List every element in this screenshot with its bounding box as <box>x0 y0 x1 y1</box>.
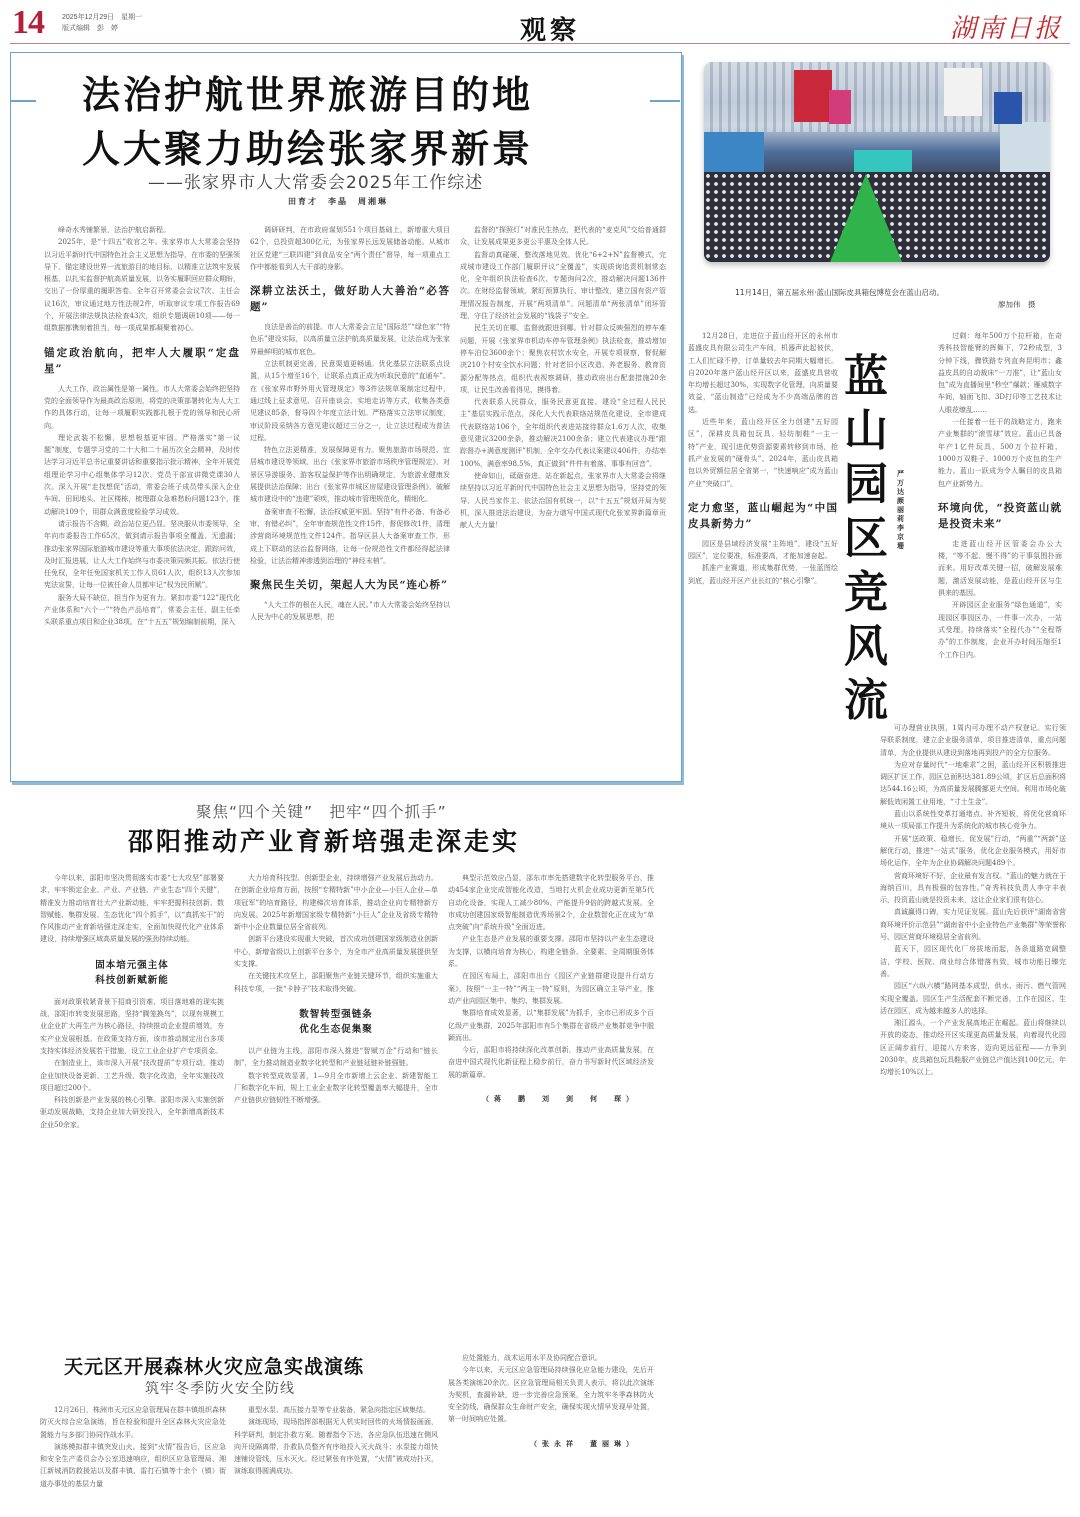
paragraph: 监督动真碰硬，整改落地见效。优化“6+2+N”监督模式，完成城市建设工作部门履职… <box>460 249 666 323</box>
section-subhead: 聚焦民生关切，架起人大为民“连心桥” <box>250 577 450 593</box>
article4-column-2: 重型水泵、高压接力泵等专业装备，紧急向指定区域集结。 演练现场，现场指挥部根据无… <box>234 1404 438 1514</box>
paragraph: 12月28日，走进位于蓝山经开区的永州市蓝盛皮具有限公司生产车间，机器声此起彼伏… <box>688 330 838 416</box>
paragraph: 过剩：每年500万个拉杆箱，在奇秀科技智能臂的挥舞下，72秒成型，3分钟下线，骤… <box>938 330 1062 416</box>
paragraph: 真诚赢得口碑，实力见证发展。蓝山先后获评“湖南省营商环境评价示范县”“湖南省中小… <box>880 906 1066 943</box>
paragraph: 产业生态是产业发展的重要支撑。邵阳市坚持以产业生态建设为支撑，以横向培育为核心，… <box>448 933 654 970</box>
section-subhead: 深耕立法沃土，做好助人大善治“必答题” <box>250 283 450 315</box>
paragraph: 良法是善治的前提。市人大常委会立足“国际范”“绿色家”“特色乐”建设实际，以高质… <box>250 321 450 358</box>
date-line: 2025年12月29日 星期一 <box>62 12 142 23</box>
paragraph: 理论武装不松懈，思想根基更牢固。严格落实“第一议题”制度，专题学习党的二十大和二… <box>44 432 240 518</box>
masthead: 14 2025年12月29日 星期一 版式编辑 彭 婷 观察 湖南日报 <box>10 8 1070 44</box>
paragraph: 集群培育成效显著，以“集群发展”为抓手，全市已形成多个百亿级产业集群，2025年… <box>448 1007 654 1044</box>
paragraph: 走进蓝山经开区管委会办公大楼，“等不起、慢不得”的干事氛围扑面而来。用好改革关键… <box>938 538 1062 599</box>
section-subhead: 环境向优，“投资蓝山就是投资未来” <box>938 500 1062 532</box>
subhead-line: 数智转型强链条 <box>234 1007 438 1022</box>
paragraph: 人大工作，政治属性是第一属性。市人大常委会始终把坚持党的全面领导作为最高政治原则… <box>44 383 240 432</box>
paragraph: 科技创新是产业发展的核心引擎。邵阳市深入实施创新驱动发展战略，支持企业加大研发投… <box>40 1094 224 1131</box>
paragraph: 代表联系人民群众，服务民意更直接。建设“全过程人民民主”基层实践示范点，深化人大… <box>460 396 666 470</box>
paragraph: 备案审查不松懈，法治权威更牢固。坚持“有件必备、有备必审、有错必纠”，全年审查规… <box>250 506 450 567</box>
section-title: 观察 <box>520 10 580 47</box>
paragraph: 今后，邵阳市将持续深化改革创新，推动产业高质量发展，在奋进中国式现代化新征程上稳… <box>448 1044 654 1081</box>
section-subhead: 固本培元强主体 科技创新赋新能 <box>40 958 224 988</box>
photo-banner <box>944 68 982 116</box>
paragraph: 一任接着一任干的战略定力，跑来产业集群的“滚雪球”效应。蓝山已具备年产1亿件玩具… <box>938 416 1062 490</box>
article4-column-3: 应处置能力，战术运用水平及协同配合意识。 今年以来，天元区应急管理局持续强化应急… <box>448 1352 654 1514</box>
article-tianyuan-headline: 天元区开展森林火灾应急实战演练 <box>64 1352 364 1379</box>
article3-column-3: 典型示范效应凸显，邵东市率先搭建数字化转型服务平台，推动454家企业完成智能化改… <box>448 872 654 1322</box>
title-rule-right <box>650 100 680 102</box>
newspaper-logo: 湖南日报 <box>950 8 1062 45</box>
paragraph: 开辟园区企业服务“绿色通道”，实现园区事园区办，一件事一次办，一站式受理。持续落… <box>938 599 1062 660</box>
photo-stage <box>854 150 912 174</box>
paragraph: 营商环境好不好，企业最有发言权。“蓝山的魅力就在于海纳百川，具有极强的包容性。”… <box>880 870 1066 907</box>
article3-column-2: 大力培育科技型、创新型企业，持续增强产业发展后劲动力。在创新企业培育方面，按照“… <box>234 872 438 1322</box>
paragraph: 演练现场，现场指挥部根据无人机实时回传的火场情报画面，科学研判，制定扑救方案。随… <box>234 1416 438 1477</box>
title-rule-left <box>10 100 36 102</box>
paragraph: 创新平台建设实现重大突破，首次成功创建国家级制造业创新中心，新增省级以上创新平台… <box>234 933 438 970</box>
article2-column-3: 可办理营业执照，1周内可办理不动产权登记。实行领导联系制度，建立企业服务清单，项… <box>880 722 1066 1512</box>
paragraph: 可办理营业执照，1周内可办理不动产权登记。实行领导联系制度，建立企业服务清单，项… <box>880 722 1066 759</box>
paragraph: 今年以来，天元区应急管理局持续强化应急能力建设，先后开展各类演练20余次。区应急… <box>448 1364 654 1425</box>
article-tianyuan-subtitle: 筑牢冬季防火安全防线 <box>145 1378 295 1398</box>
article-headline-line1: 法治护航世界旅游目的地 <box>82 64 582 119</box>
editor-line: 版式编辑 彭 婷 <box>62 23 142 34</box>
paragraph: 服务大局不缺位，担当作为更有力。紧扣市委“122”现代化产业体系和“六个一”“特… <box>44 592 240 629</box>
photo-green-runway <box>830 174 902 262</box>
paragraph: 面对政策收紧背景下招商引资难、项目落地难的现实挑战，邵阳市转变发展思路，坚持“腾… <box>40 996 224 1057</box>
expo-photo <box>704 62 1050 262</box>
page-number: 14 <box>12 4 44 42</box>
article-lanshan-headline: 蓝山园区竞风流 <box>842 350 890 728</box>
article-byline: 田育才 李晶 周湘琳 <box>288 196 388 207</box>
paragraph: 特色立法更精准，发展保障更有力。聚焦旅游市场规范、宜居城市建设等领域，出台《张家… <box>250 444 450 505</box>
article1-column-3: 监督的“探照灯”对准民生热点，把代表的“麦克风”交给普通群众，让发展成果更多更公… <box>460 224 666 772</box>
paragraph: 湘江源头，一个产业发展高地正在崛起。蓝山将继续以开放的姿态，推动经开区实现更高质… <box>880 1017 1066 1078</box>
paragraph: 在制造业上，该市深入开展“技改提质”专项行动，推动企业加快设备更新、工艺升级、数… <box>40 1057 224 1094</box>
photo-banner <box>829 90 851 124</box>
section-subhead: 数智转型强链条 优化生态促集聚 <box>234 1007 438 1037</box>
paragraph: 使命如山，砥砺奋进。站在新起点，张家界市人大常委会将继续坚持以习近平新时代中国特… <box>460 470 666 531</box>
paragraph: 蓝天下，园区现代化厂房拔地而起，各条道路宽阔整洁，学校、医院、商业综合体错落有致… <box>880 943 1066 980</box>
article-shaoyang-headline: 邵阳推动产业育新培强走深走实 <box>128 822 520 858</box>
article-subtitle: ——张家界市人大常委会2025年工作综述 <box>148 168 483 193</box>
photo-credit: 廖加伟 摄 <box>998 299 1036 310</box>
article-shaoyang-kicker: 聚焦“四个关键” 把牢“四个抓手” <box>196 800 447 822</box>
paragraph: 12月26日，株洲市天元区应急管理局在群丰镇组织森林防灭火综合应急演练，旨在检验… <box>40 1404 226 1441</box>
paragraph: 演练模拟群丰镇突发山火。接到“火情”报告后，区应急和安全生产委员会办公室迅速响应… <box>40 1441 226 1490</box>
section-subhead: 定力愈坚，蓝山崛起为“中国皮具新势力” <box>688 500 838 532</box>
paragraph: 今年以来，邵阳市坚决贯彻落实市委“七大攻坚”部署要求，牢牢锁定企业、产业、产业链… <box>40 872 224 946</box>
paragraph: 在关键技术攻坚上，邵阳聚焦产业链关键环节，组织实施重大科技专项，一批“卡脖子”技… <box>234 970 438 995</box>
subhead-line: 固本培元强主体 <box>40 958 224 973</box>
article-headline-line2: 人大聚力助绘张家界新景 <box>82 118 582 173</box>
paragraph: 蓝山以系统性变革打通堵点、补齐短板，将优化营商环境从一项局部工作提升为系统化的城… <box>880 808 1066 833</box>
article-byline: （蒋 鹏 刘 剑 何 琛） <box>448 1093 654 1105</box>
paragraph: 典型示范效应凸显，邵东市率先搭建数字化转型服务平台，推动454家企业完成智能化改… <box>448 872 654 933</box>
paragraph: 请示报告不含糊，政治站位更凸显。坚决服从市委领导，全年向市委报告工作65次，做到… <box>44 518 240 592</box>
paragraph: “人大工作的根在人民，魂在人民。”市人大常委会始终坚持以人民为中心的发展思想，把 <box>250 599 450 624</box>
paragraph: 2025年，是“十四五”收官之年。张家界市人大常委会坚持以习近平新时代中国特色社… <box>44 236 240 334</box>
section-subhead: 锚定政治航向，把牢人大履职“定盘星” <box>44 345 240 377</box>
subhead-line: 优化生态促集聚 <box>234 1022 438 1037</box>
paragraph: 园区“六纵六横”路网基本成型，供水、雨污、燃气管网实现全覆盖。园区生产生活配套不… <box>880 980 1066 1017</box>
masthead-meta: 2025年12月29日 星期一 版式编辑 彭 婷 <box>62 12 142 34</box>
paragraph: 调研研判，在市政府谋划551个项目基础上，新增重大项目62个，总投资超300亿元… <box>250 224 450 273</box>
paragraph: 峰奇水秀铺繁景，法治护航启新程。 <box>44 224 240 236</box>
article1-column-2: 调研研判，在市政府谋划551个项目基础上，新增重大项目62个，总投资超300亿元… <box>250 224 450 772</box>
photo-caption: 11月14日，第五届永州·蓝山国际皮具箱包博览会在蓝山启动。 <box>735 287 944 298</box>
paragraph: 近些年来，蓝山经开区全力创建“五好园区”，深耕皮具箱包玩具、轻纺制鞋“一主一特”… <box>688 416 838 490</box>
paragraph: 为应对存量时代“一地难求”之困，蓝山经开区积极推进调区扩区工作，园区总面积达38… <box>880 759 1066 808</box>
subhead-line: 科技创新赋新能 <box>40 973 224 988</box>
article1-column-1: 峰奇水秀铺繁景，法治护航启新程。 2025年，是“十四五”收官之年。张家界市人大… <box>44 224 240 772</box>
paragraph: 园区是县域经济发展“主阵地”，建设“五好园区”，定位要准，标准要高，才能加速奋起… <box>688 538 838 563</box>
article-lanshan-byline: 严万达 颜丽莉 李京珊 <box>897 470 909 551</box>
paragraph: 抓准产业赛道，形成集群优势，一张蓝图绘到底，蓝山经开区产业长红的“核心引擎”。 <box>688 562 838 587</box>
article2-column-2: 过剩：每年500万个拉杆箱，在奇秀科技智能臂的挥舞下，72秒成型，3分钟下线，骤… <box>938 330 1062 720</box>
article3-column-1: 今年以来，邵阳市坚决贯彻落实市委“七大攻坚”部署要求，牢牢锁定企业、产业、产业链… <box>40 872 224 1322</box>
article4-column-1: 12月26日，株洲市天元区应急管理局在群丰镇组织森林防灭火综合应急演练，旨在检验… <box>40 1404 226 1514</box>
paragraph: 数字转型成效显著，1—9月全市新增上云企业、新建智能工厂和数字化车间，规上工业企… <box>234 1070 438 1107</box>
photo-banner <box>994 92 1022 124</box>
paragraph: 重型水泵、高压接力泵等专业装备，紧急向指定区域集结。 <box>234 1404 438 1416</box>
photo-banner <box>794 70 832 122</box>
paragraph: 监督的“探照灯”对准民生热点，把代表的“麦克风”交给普通群众，让发展成果更多更公… <box>460 224 666 249</box>
paragraph: 应处置能力，战术运用水平及协同配合意识。 <box>448 1352 654 1364</box>
paragraph: 民生关切在哪，监督就跟进到哪。针对群众反映强烈的停车难问题，开展《张家界市机动车… <box>460 322 666 396</box>
paragraph: 立法机制更完善，民意渠道更畅通。优化基层立法联系点设置，从15个增至16个，让联… <box>250 358 450 444</box>
paragraph: 以产业链为主线，邵阳市深入推进“智赋万企”行动和“链长制”，全力推动制造业数字化… <box>234 1045 438 1070</box>
paragraph: 大力培育科技型、创新型企业，持续增强产业发展后劲动力。在创新企业培育方面，按照“… <box>234 872 438 933</box>
article2-column-1: 12月28日，走进位于蓝山经开区的永州市蓝盛皮具有限公司生产车间，机器声此起彼伏… <box>688 330 838 1510</box>
paragraph: 开展“送政策、稳增长、促发展”行动，“两重”“两新”送解优行动，推进“一站式”服… <box>880 833 1066 870</box>
article-byline: （张永祥 董丽琳） <box>448 1438 654 1450</box>
paragraph: 在园区布局上，邵阳市出台《园区产业链群建设提升行动方案》，按照“一主一特”“两主… <box>448 970 654 1007</box>
